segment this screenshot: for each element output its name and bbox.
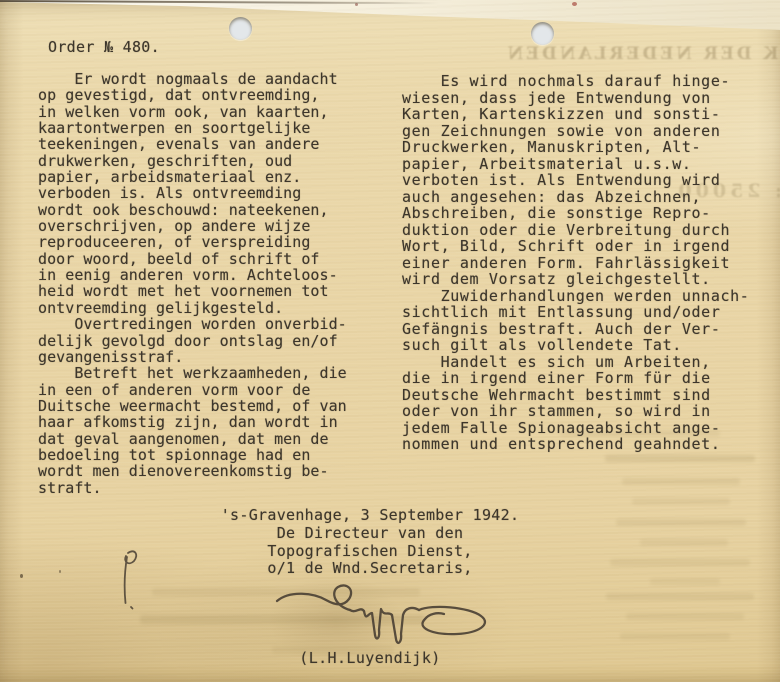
paper-speck [59,570,61,573]
paper-speck [20,574,23,578]
typed-signature-name: (L.H.Luyendijk) [150,649,590,667]
handwritten-mark-p [110,548,148,612]
place-date-line: 's-Gravenhage, 3 September 1942. [221,506,520,524]
signature-scrawl [272,578,500,648]
paper-speck [572,2,577,6]
closing-block: 's-Gravenhage, 3 September 1942. De Dire… [150,507,590,578]
punch-hole-left [229,17,252,40]
issuer-line-3: o/1 de Wnd.Secretaris, [267,559,472,577]
issuer-line-1: De Directeur van den [277,524,464,542]
document-scan: HET KONINKRIJK DER NEDERLANDEN 1 : 25000… [0,0,780,682]
paper-speck [355,3,358,6]
dutch-column: Er wordt nogmaals de aandacht op gevesti… [38,71,347,496]
order-number: Order № 480. [48,38,160,56]
issuer-line-2: Topografischen Dienst, [267,542,472,560]
german-column: Es wird nochmals darauf hinge- wiesen, d… [402,73,749,453]
punch-hole-right [531,22,554,45]
